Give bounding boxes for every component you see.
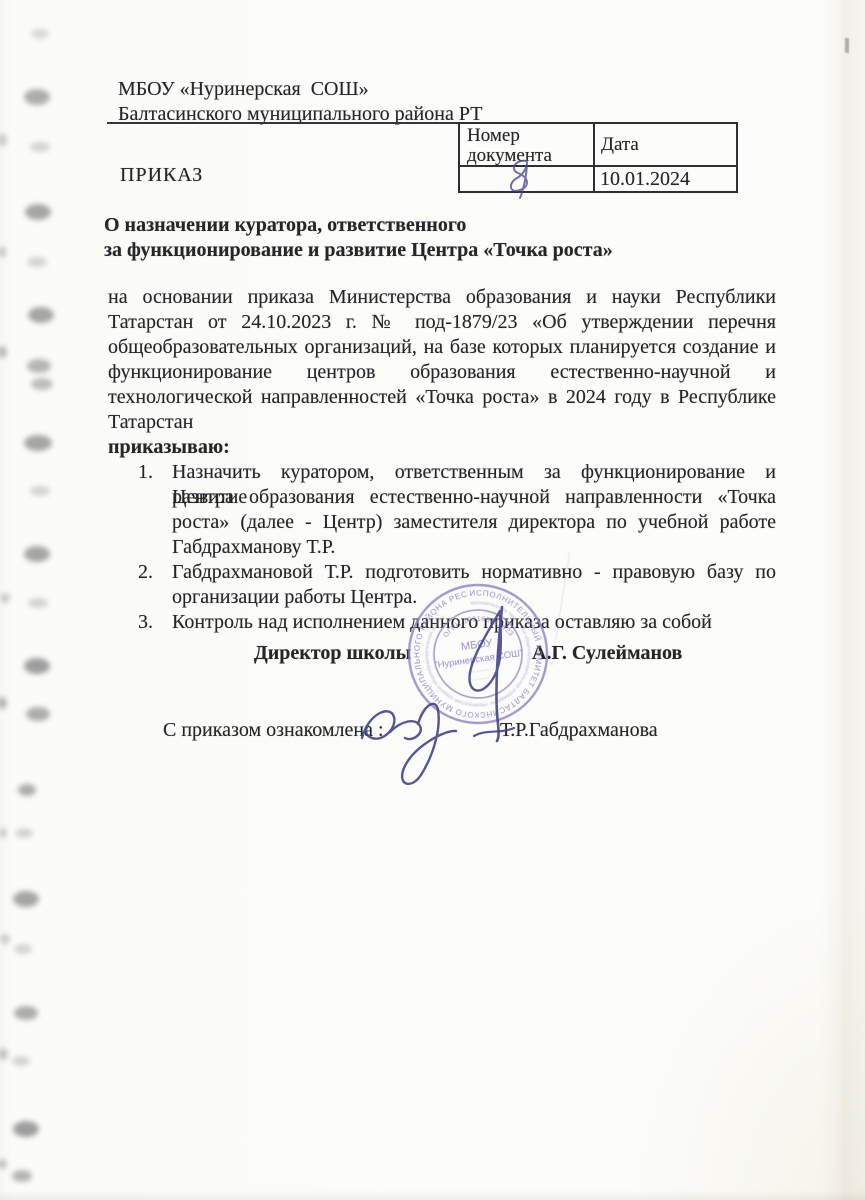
scan-smudge bbox=[28, 307, 54, 323]
scan-smudge bbox=[14, 944, 32, 954]
handwritten-doc-number bbox=[500, 158, 542, 202]
text-line: Назначить куратором, ответственным за фу… bbox=[172, 460, 776, 485]
text-line: за функционирование и развитие Центра «Т… bbox=[104, 238, 774, 263]
scan-smudge bbox=[12, 1056, 30, 1066]
text-line: О назначении куратора, ответственного bbox=[104, 213, 774, 238]
text-line: технологической направленностей «Точка р… bbox=[108, 385, 776, 410]
director-label: Директор школы bbox=[254, 641, 411, 666]
text-line: общеобразовательных организаций, на базе… bbox=[108, 335, 776, 360]
scan-smudge bbox=[14, 1006, 38, 1020]
scan-smudge bbox=[13, 1121, 39, 1137]
table-header-number-line1: Номер bbox=[467, 126, 520, 146]
acknowledged-signature bbox=[348, 686, 538, 801]
scan-smudge bbox=[24, 435, 52, 451]
header-underline bbox=[107, 122, 458, 124]
scan-smudge bbox=[27, 257, 47, 267]
scan-smudge bbox=[24, 546, 50, 562]
scan-smudge bbox=[0, 1159, 7, 1169]
text-line: на основании приказа Министерства образо… bbox=[108, 285, 776, 310]
scan-smudge bbox=[0, 593, 10, 603]
scan-smudge bbox=[25, 204, 51, 220]
scan-smudge bbox=[28, 598, 48, 608]
scan-smudge bbox=[0, 134, 7, 146]
order-title: О назначении куратора, ответственногоза … bbox=[104, 213, 774, 263]
text-line: Габдрахманову Т.Р. bbox=[172, 535, 776, 560]
table-column-divider bbox=[593, 124, 595, 191]
text-line: Татарстан bbox=[108, 410, 776, 435]
scan-smudge bbox=[18, 784, 36, 796]
text-line: функционирование центров образования ест… bbox=[108, 360, 776, 385]
text-line: Татарстан от 24.10.2023 г. № под-1879/23… bbox=[108, 310, 776, 335]
scan-smudge bbox=[0, 828, 7, 838]
scan-smudge bbox=[0, 697, 7, 709]
order-item-number: 1. bbox=[138, 460, 153, 485]
scan-smudge bbox=[0, 934, 10, 944]
scan-mark-top-right bbox=[845, 38, 849, 53]
scan-smudge bbox=[30, 486, 50, 496]
order-item: 1.Назначить куратором, ответственным за … bbox=[108, 460, 776, 560]
resolution-word: приказываю: bbox=[108, 435, 230, 460]
scan-smudge bbox=[0, 1048, 8, 1060]
scan-smudge bbox=[15, 828, 33, 838]
scan-smudge bbox=[26, 707, 50, 721]
scan-smudge bbox=[27, 359, 51, 373]
scan-smudge bbox=[24, 89, 50, 105]
text-line: роста» (далее - Центр) заместителя дирек… bbox=[172, 510, 776, 535]
scan-smudge bbox=[31, 29, 49, 39]
signature-dash bbox=[474, 728, 514, 736]
scan-smudge bbox=[13, 891, 39, 907]
scan-smudge bbox=[0, 247, 6, 257]
scan-smudge bbox=[24, 658, 50, 674]
scan-smudge bbox=[12, 1170, 32, 1182]
order-body: на основании приказа Министерства образо… bbox=[108, 285, 776, 435]
order-item-number: 3. bbox=[138, 610, 153, 635]
scan-smudge bbox=[0, 346, 7, 358]
doc-type-label: ПРИКАЗ bbox=[120, 163, 203, 188]
scan-smudge bbox=[31, 378, 53, 390]
table-value-date: 10.01.2024 bbox=[600, 169, 690, 189]
scan-smudge bbox=[30, 142, 50, 152]
text-line: Центра образования естественно-научной н… bbox=[172, 485, 776, 510]
scanned-document-page: МБОУ «Нуринерская СОШ» Балтасинского мун… bbox=[0, 0, 865, 1200]
org-name-line1: МБОУ «Нуринерская СОШ» bbox=[118, 77, 369, 102]
table-header-date: Дата bbox=[601, 135, 639, 155]
order-item-number: 2. bbox=[138, 560, 153, 585]
